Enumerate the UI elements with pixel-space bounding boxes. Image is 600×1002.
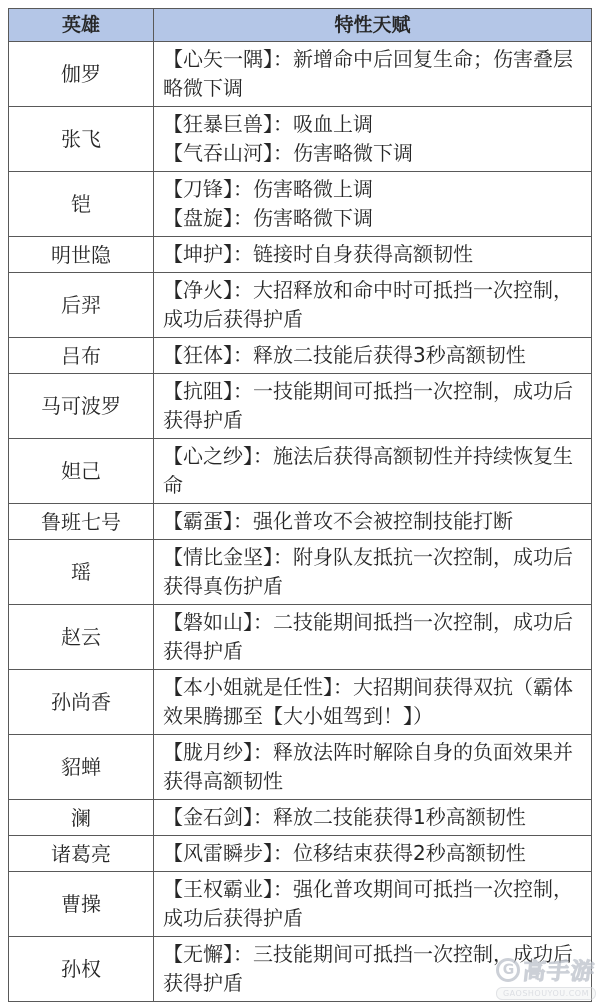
trait-line: 【无懈】：三技能期间可抵挡一次控制，成功后获得护盾: [163, 940, 587, 998]
trait-line: 【霸蛋】：强化普攻不会被控制技能打断: [163, 507, 587, 536]
table-row: 貂蝉【胧月纱】：释放法阵时解除自身的负面效果并获得高额韧性: [9, 735, 592, 800]
table-row: 铠【刀锋】：伤害略微上调【盘旋】：伤害略微下调: [9, 172, 592, 237]
trait-line: 【金石剑】：释放二技能获得1秒高额韧性: [163, 803, 587, 832]
trait-cell: 【本小姐就是任性】：大招期间获得双抗（霸体效果腾挪至【大小姐驾到！】）: [154, 670, 592, 735]
table-row: 明世隐【坤护】：链接时自身获得高额韧性: [9, 237, 592, 273]
trait-line: 【王权霸业】：强化普攻期间可抵挡一次控制，成功后获得护盾: [163, 875, 587, 933]
hero-cell: 鲁班七号: [9, 504, 154, 540]
table-row: 孙尚香【本小姐就是任性】：大招期间获得双抗（霸体效果腾挪至【大小姐驾到！】）: [9, 670, 592, 735]
table-row: 马可波罗【抗阻】：一技能期间可抵挡一次控制，成功后获得护盾: [9, 374, 592, 439]
trait-cell: 【狂暴巨兽】：吸血上调【气吞山河】：伤害略微下调: [154, 107, 592, 172]
trait-cell: 【刀锋】：伤害略微上调【盘旋】：伤害略微下调: [154, 172, 592, 237]
hero-cell: 诸葛亮: [9, 836, 154, 872]
trait-line: 【坤护】：链接时自身获得高额韧性: [163, 240, 587, 269]
trait-line: 【磐如山】：二技能期间抵挡一次控制，成功后获得护盾: [163, 608, 587, 666]
table-row: 瑶【情比金坚】：附身队友抵抗一次控制，成功后获得真伤护盾: [9, 540, 592, 605]
hero-trait-table: 英雄 特性天赋 伽罗【心矢一隅】：新增命中后回复生命；伤害叠层略微下调张飞【狂暴…: [8, 8, 592, 1002]
trait-cell: 【心之纱】：施法后获得高额韧性并持续恢复生命: [154, 439, 592, 504]
header-hero: 英雄: [9, 9, 154, 42]
trait-cell: 【金石剑】：释放二技能获得1秒高额韧性: [154, 800, 592, 836]
trait-line: 【抗阻】：一技能期间可抵挡一次控制，成功后获得护盾: [163, 377, 587, 435]
table-row: 后羿【净火】：大招释放和命中时可抵挡一次控制，成功后获得护盾: [9, 273, 592, 338]
table-row: 鲁班七号【霸蛋】：强化普攻不会被控制技能打断: [9, 504, 592, 540]
header-row: 英雄 特性天赋: [9, 9, 592, 42]
trait-line: 【胧月纱】：释放法阵时解除自身的负面效果并获得高额韧性: [163, 738, 587, 796]
trait-cell: 【霸蛋】：强化普攻不会被控制技能打断: [154, 504, 592, 540]
trait-line: 【情比金坚】：附身队友抵抗一次控制，成功后获得真伤护盾: [163, 543, 587, 601]
hero-cell: 张飞: [9, 107, 154, 172]
hero-cell: 马可波罗: [9, 374, 154, 439]
trait-cell: 【王权霸业】：强化普攻期间可抵挡一次控制，成功后获得护盾: [154, 872, 592, 937]
table-row: 吕布【狂体】：释放二技能后获得3秒高额韧性: [9, 338, 592, 374]
table-row: 曹操【王权霸业】：强化普攻期间可抵挡一次控制，成功后获得护盾: [9, 872, 592, 937]
trait-cell: 【无懈】：三技能期间可抵挡一次控制，成功后获得护盾: [154, 937, 592, 1002]
table-row: 孙权【无懈】：三技能期间可抵挡一次控制，成功后获得护盾: [9, 937, 592, 1002]
hero-cell: 伽罗: [9, 42, 154, 107]
table-body: 伽罗【心矢一隅】：新增命中后回复生命；伤害叠层略微下调张飞【狂暴巨兽】：吸血上调…: [9, 42, 592, 1002]
trait-line: 【狂体】：释放二技能后获得3秒高额韧性: [163, 341, 587, 370]
table-row: 赵云【磐如山】：二技能期间抵挡一次控制，成功后获得护盾: [9, 605, 592, 670]
table-row: 伽罗【心矢一隅】：新增命中后回复生命；伤害叠层略微下调: [9, 42, 592, 107]
trait-line: 【心矢一隅】：新增命中后回复生命；伤害叠层略微下调: [163, 45, 587, 103]
hero-cell: 孙尚香: [9, 670, 154, 735]
header-trait: 特性天赋: [154, 9, 592, 42]
trait-cell: 【坤护】：链接时自身获得高额韧性: [154, 237, 592, 273]
trait-line: 【心之纱】：施法后获得高额韧性并持续恢复生命: [163, 442, 587, 500]
hero-cell: 妲己: [9, 439, 154, 504]
hero-cell: 瑶: [9, 540, 154, 605]
trait-line: 【风雷瞬步】：位移结束获得2秒高额韧性: [163, 839, 587, 868]
trait-line: 【气吞山河】：伤害略微下调: [163, 139, 587, 168]
trait-cell: 【胧月纱】：释放法阵时解除自身的负面效果并获得高额韧性: [154, 735, 592, 800]
hero-cell: 孙权: [9, 937, 154, 1002]
table-row: 妲己【心之纱】：施法后获得高额韧性并持续恢复生命: [9, 439, 592, 504]
hero-cell: 铠: [9, 172, 154, 237]
table-row: 诸葛亮【风雷瞬步】：位移结束获得2秒高额韧性: [9, 836, 592, 872]
hero-cell: 后羿: [9, 273, 154, 338]
hero-cell: 曹操: [9, 872, 154, 937]
trait-cell: 【狂体】：释放二技能后获得3秒高额韧性: [154, 338, 592, 374]
trait-cell: 【抗阻】：一技能期间可抵挡一次控制，成功后获得护盾: [154, 374, 592, 439]
hero-cell: 澜: [9, 800, 154, 836]
trait-line: 【刀锋】：伤害略微上调: [163, 175, 587, 204]
trait-cell: 【磐如山】：二技能期间抵挡一次控制，成功后获得护盾: [154, 605, 592, 670]
hero-cell: 赵云: [9, 605, 154, 670]
hero-cell: 貂蝉: [9, 735, 154, 800]
table-row: 张飞【狂暴巨兽】：吸血上调【气吞山河】：伤害略微下调: [9, 107, 592, 172]
trait-cell: 【净火】：大招释放和命中时可抵挡一次控制，成功后获得护盾: [154, 273, 592, 338]
trait-line: 【盘旋】：伤害略微下调: [163, 204, 587, 233]
hero-cell: 明世隐: [9, 237, 154, 273]
trait-cell: 【风雷瞬步】：位移结束获得2秒高额韧性: [154, 836, 592, 872]
table-row: 澜【金石剑】：释放二技能获得1秒高额韧性: [9, 800, 592, 836]
hero-cell: 吕布: [9, 338, 154, 374]
trait-line: 【本小姐就是任性】：大招期间获得双抗（霸体效果腾挪至【大小姐驾到！】）: [163, 673, 587, 731]
trait-cell: 【心矢一隅】：新增命中后回复生命；伤害叠层略微下调: [154, 42, 592, 107]
trait-line: 【净火】：大招释放和命中时可抵挡一次控制，成功后获得护盾: [163, 276, 587, 334]
trait-cell: 【情比金坚】：附身队友抵抗一次控制，成功后获得真伤护盾: [154, 540, 592, 605]
trait-line: 【狂暴巨兽】：吸血上调: [163, 110, 587, 139]
